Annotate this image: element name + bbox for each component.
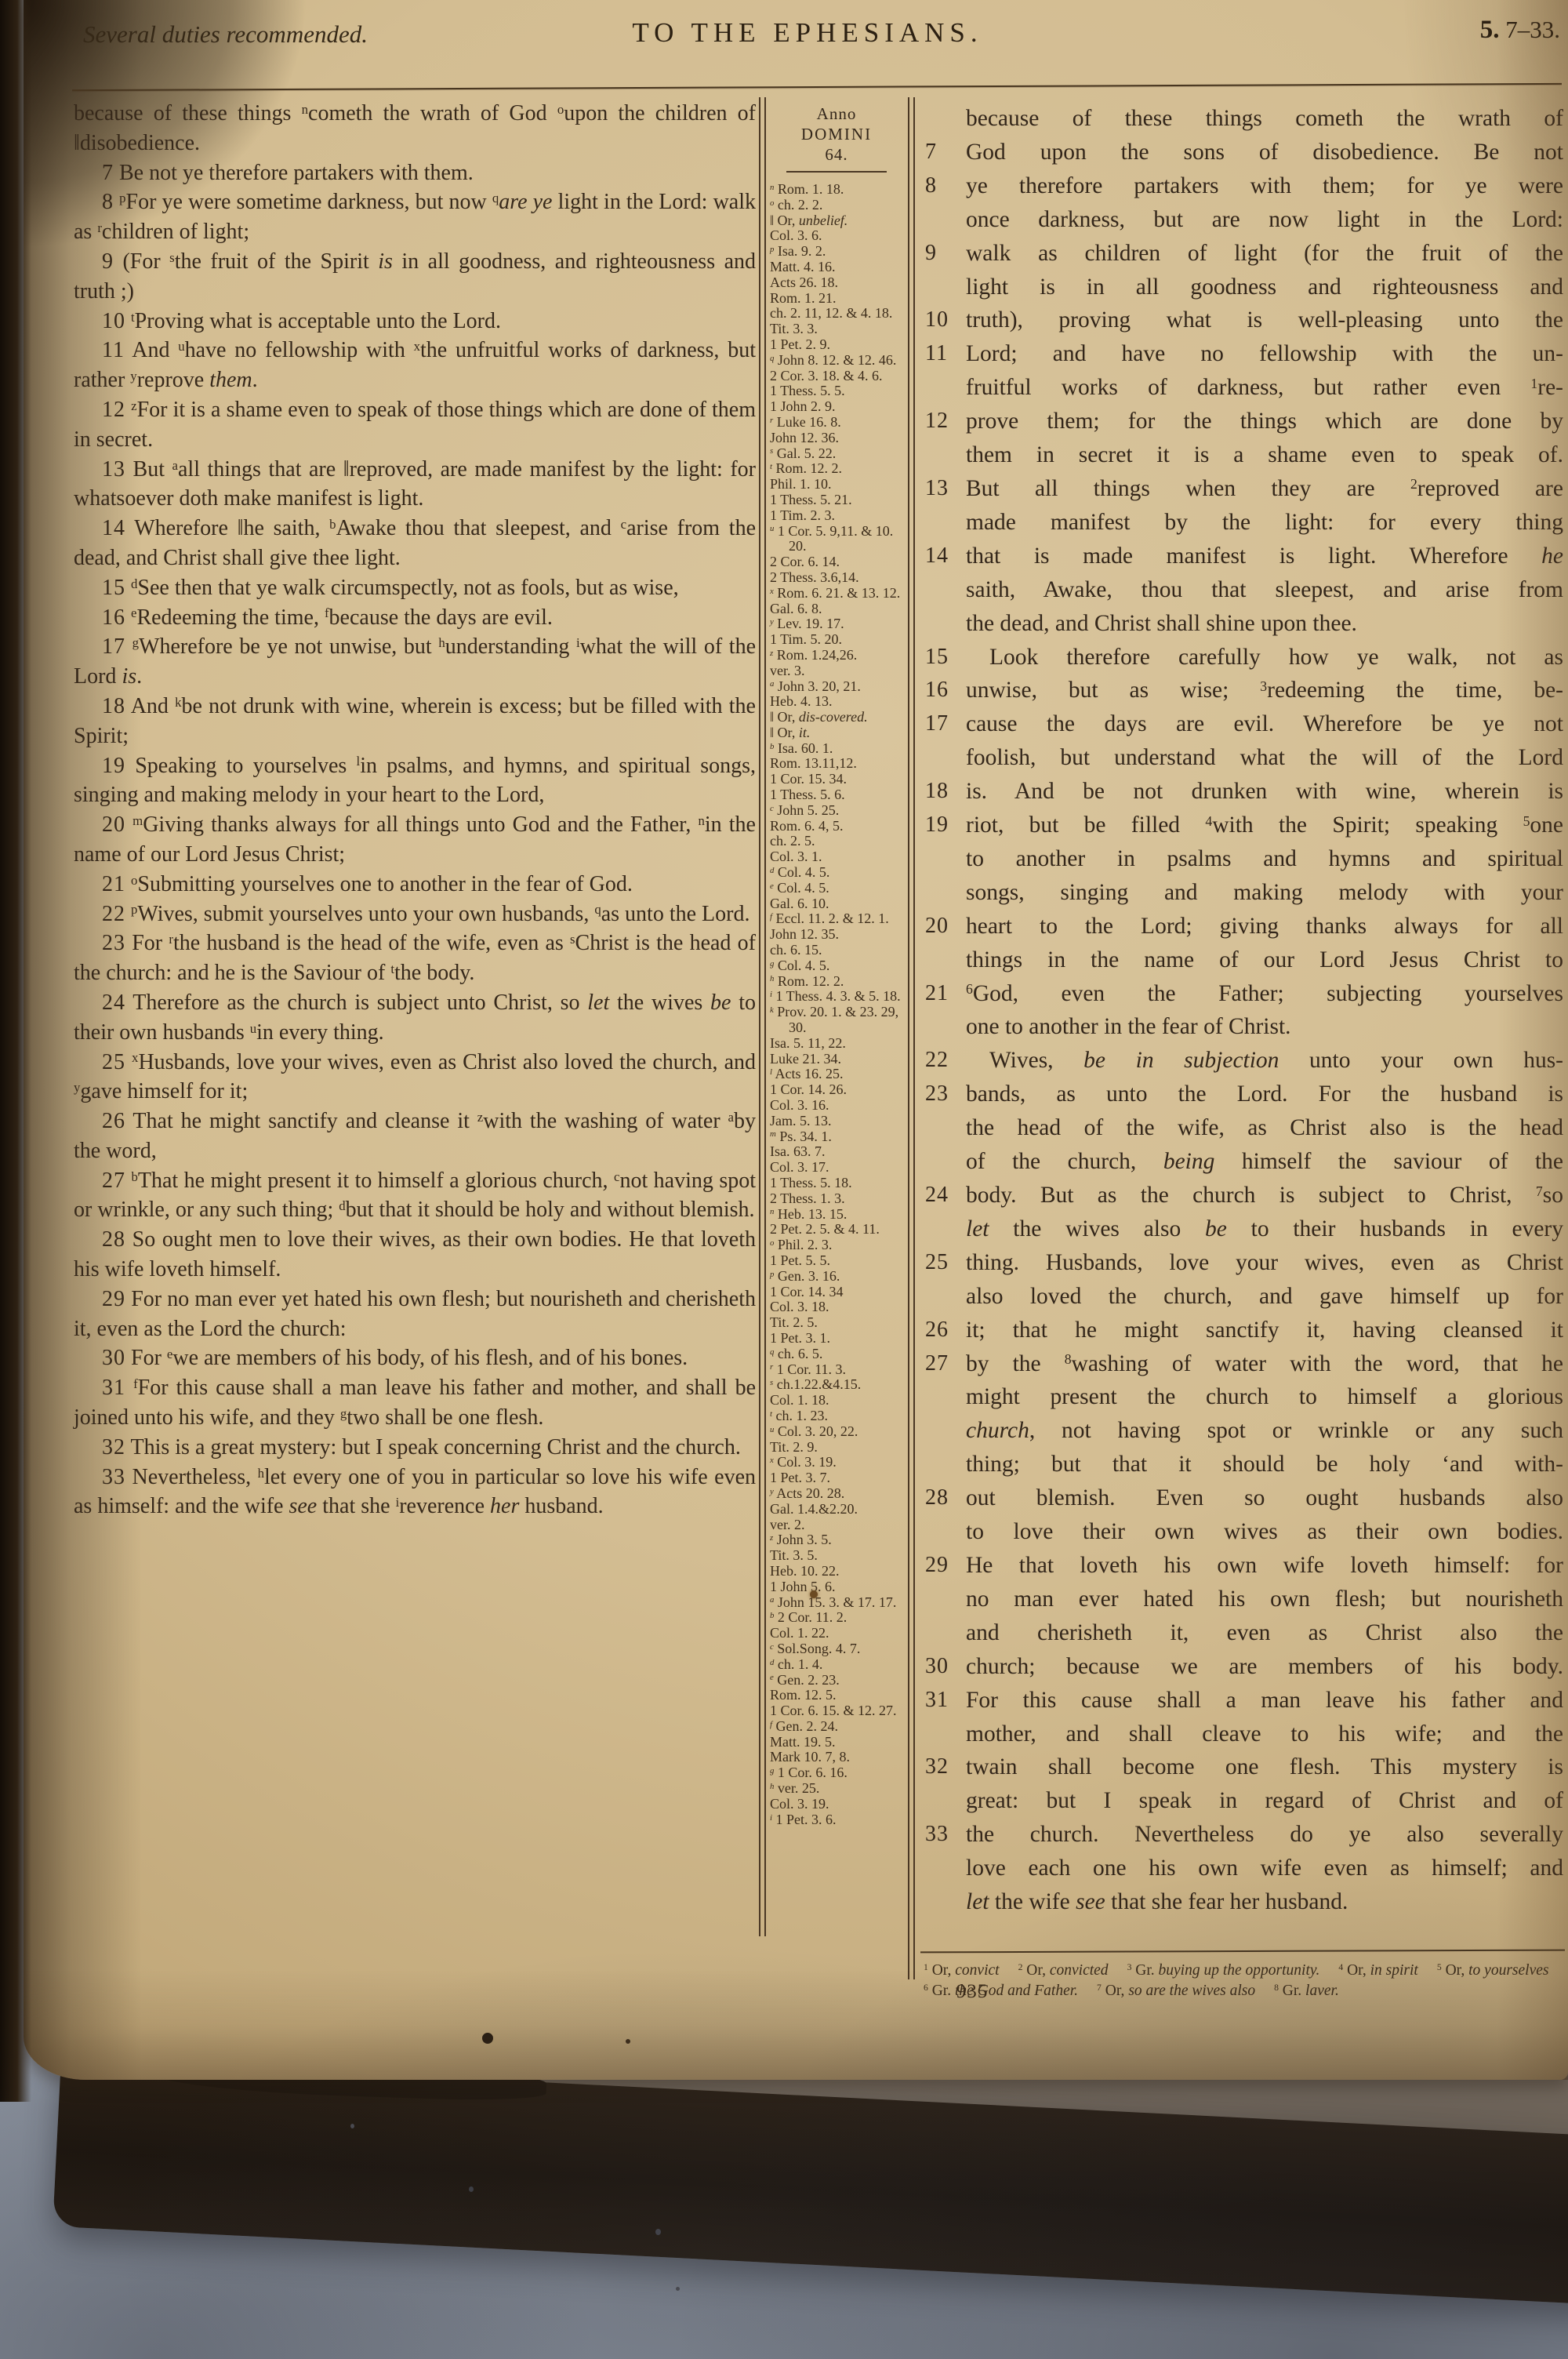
line-text: out blemish. Even so ought husbands also xyxy=(966,1481,1563,1515)
verse-number xyxy=(925,943,966,977)
verse-number xyxy=(925,1414,966,1448)
ink-speck xyxy=(626,2039,630,2044)
photo-of-bible-page: Several duties recommended. TO THE EPHES… xyxy=(0,0,1568,2359)
line-text: and cherisheth it, even as Christ also t… xyxy=(966,1616,1563,1650)
line-text: let the wives also be to their husbands … xyxy=(966,1212,1563,1246)
line-text: to another in psalms and hymns and spiri… xyxy=(966,842,1563,876)
footnotes: 1 Or, convict 2 Or, convicted 3 Gr. buyi… xyxy=(924,1961,1566,2001)
cross-reference: g Col. 4. 5. xyxy=(770,958,903,974)
cross-reference: Heb. 10. 22. xyxy=(770,1564,903,1579)
cross-reference: y Acts 20. 28. xyxy=(770,1486,903,1502)
footnote-rule xyxy=(920,1950,1565,1954)
verse-text: pWives, submit yourselves unto your own … xyxy=(131,902,750,926)
kjv-verse: 15 dSee then that ye walk circumspectly,… xyxy=(74,573,756,603)
verse-number: 17 xyxy=(925,707,966,741)
cross-reference: s Gal. 5. 22. xyxy=(770,446,903,462)
line-text: thing; but that it should be holy ʻand w… xyxy=(966,1448,1563,1481)
cross-reference: Gal. 6. 8. xyxy=(770,602,903,617)
cross-reference: Phil. 1. 10. xyxy=(770,477,903,493)
rv-line: let the wives also be to their husbands … xyxy=(925,1212,1563,1246)
anno-domini-block: Anno DOMINI 64. xyxy=(770,104,903,165)
cross-reference: 1 Thess. 5. 6. xyxy=(770,787,903,803)
rv-line: no man ever hated his own flesh; but nou… xyxy=(925,1583,1563,1616)
cross-reference: Rom. 6. 4, 5. xyxy=(770,819,903,834)
rv-line: of the church, being himself the saviour… xyxy=(925,1145,1563,1179)
verse-number: 30 xyxy=(925,1650,966,1684)
cross-reference: Isa. 63. 7. xyxy=(770,1144,903,1160)
line-text: body. But as the church is subject to Ch… xyxy=(966,1179,1563,1212)
line-text: church, not having spot or wrinkle or an… xyxy=(966,1414,1563,1448)
rv-line: foolish, but understand what the will of… xyxy=(925,741,1563,775)
rv-line: 28out blemish. Even so ought husbands al… xyxy=(925,1481,1563,1515)
verse-text: And uhave no fellowship with xthe unfrui… xyxy=(74,338,756,392)
kjv-column: because of these things ncometh the wrat… xyxy=(74,99,756,1521)
column-rule xyxy=(908,97,909,1979)
cross-reference: 1 Thess. 5. 21. xyxy=(770,493,903,508)
verse-number: 20 xyxy=(102,812,125,837)
book-gutter-shadow xyxy=(0,0,31,2102)
verse-text: So ought men to love their wives, as the… xyxy=(74,1227,756,1281)
verse-number xyxy=(925,842,966,876)
line-text: saith, Awake, thou that sleepest, and ar… xyxy=(966,573,1563,607)
line-text: no man ever hated his own flesh; but nou… xyxy=(966,1583,1563,1616)
verse-text: Wherefore ‖he saith, bAwake thou that sl… xyxy=(74,516,756,570)
verse-number xyxy=(925,102,966,136)
verse-text: And kbe not drunk with wine, wherein is … xyxy=(74,694,756,748)
cross-reference: d ch. 1. 4. xyxy=(770,1657,903,1673)
line-text: once darkness, but are now light in the … xyxy=(966,203,1563,237)
kjv-verse: 7 Be not ye therefore partakers with the… xyxy=(74,158,756,188)
cross-reference: Tit. 3. 3. xyxy=(770,322,903,337)
rv-line: 25thing. Husbands, love your wives, even… xyxy=(925,1246,1563,1280)
cross-reference: e Col. 4. 5. xyxy=(770,881,903,896)
rv-line: 20heart to the Lord; giving thanks alway… xyxy=(925,910,1563,943)
cross-reference: Mark 10. 7, 8. xyxy=(770,1750,903,1765)
rv-line: 15Look therefore carefully how ye walk, … xyxy=(925,641,1563,674)
line-text: by the 8washing of water with the word, … xyxy=(966,1347,1563,1381)
verse-number xyxy=(925,1010,966,1044)
line-text: Wives, be in subjection unto your own hu… xyxy=(966,1044,1563,1078)
anno-rule xyxy=(786,171,887,173)
rv-column: because of these things cometh the wrath… xyxy=(925,102,1563,1919)
line-text: them in secret it is a shame even to spe… xyxy=(966,438,1563,472)
verse-number xyxy=(925,1717,966,1751)
verse-text: Nevertheless, hlet every one of you in p… xyxy=(74,1465,756,1519)
cross-reference: Col. 3. 19. xyxy=(770,1797,903,1812)
verse-number: 22 xyxy=(102,902,125,926)
verse-number: 8 xyxy=(102,190,114,214)
background-speck xyxy=(676,2287,680,2291)
cross-reference: g 1 Cor. 6. 16. xyxy=(770,1765,903,1781)
kjv-verse: 21 oSubmitting yourselves one to another… xyxy=(74,870,756,900)
cross-reference: u Col. 3. 20, 22. xyxy=(770,1424,903,1440)
verse-text: tProving what is acceptable unto the Lor… xyxy=(131,309,501,333)
rv-line: 9walk as children of light (for the frui… xyxy=(925,237,1563,271)
line-text: that is made manifest is light. Wherefor… xyxy=(966,540,1563,573)
running-head-title: TO THE EPHESIANS. xyxy=(510,17,1105,49)
rv-line: things in the name of our Lord Jesus Chr… xyxy=(925,943,1563,977)
rv-line: the dead, and Christ shall shine upon th… xyxy=(925,607,1563,641)
verse-number xyxy=(925,1515,966,1549)
kjv-verse: 24 Therefore as the church is subject un… xyxy=(74,988,756,1048)
cross-reference: Rom. 13.11,12. xyxy=(770,756,903,772)
rv-line: 12prove them; for the things which are d… xyxy=(925,405,1563,438)
kjv-verse: 22 pWives, submit yourselves unto your o… xyxy=(74,900,756,929)
kjv-verse: 17 gWherefore be ye not unwise, but hund… xyxy=(74,632,756,692)
cross-reference: b Isa. 60. 1. xyxy=(770,741,903,757)
verse-text: fFor this cause shall a man leave his fa… xyxy=(74,1376,756,1430)
line-text: also loved the church, and gave himself … xyxy=(966,1280,1563,1314)
running-head-left: Several duties recommended. xyxy=(83,20,368,49)
rv-line: to love their own wives as their own bod… xyxy=(925,1515,1563,1549)
verse-number xyxy=(925,1280,966,1314)
cross-reference: m Ps. 34. 1. xyxy=(770,1129,903,1145)
rv-line: 18is. And be not drunken with wine, wher… xyxy=(925,775,1563,809)
verse-number: 25 xyxy=(925,1246,966,1280)
cross-reference: c Sol.Song. 4. 7. xyxy=(770,1641,903,1657)
rv-line: 26it; that he might sanctify it, having … xyxy=(925,1314,1563,1347)
line-text: riot, but be filled 4with the Spirit; sp… xyxy=(966,809,1563,842)
line-text: fruitful works of darkness, but rather e… xyxy=(966,371,1563,405)
cross-reference: 1 Tim. 2. 3. xyxy=(770,508,903,524)
cross-reference: l Acts 16. 25. xyxy=(770,1067,903,1082)
verse-number: 15 xyxy=(102,576,125,600)
line-text: God upon the sons of disobedience. Be no… xyxy=(966,136,1563,169)
line-text: Lord; and have no fellowship with the un… xyxy=(966,337,1563,371)
verse-number: 24 xyxy=(102,990,125,1015)
verse-number: 13 xyxy=(102,457,125,482)
verse-number xyxy=(925,438,966,472)
line-text: Look therefore carefully how ye walk, no… xyxy=(966,641,1563,674)
anno-line: 64. xyxy=(770,144,903,165)
verse-number: 18 xyxy=(102,694,125,718)
cross-reference: b 2 Cor. 11. 2. xyxy=(770,1610,903,1626)
cross-reference: Acts 26. 18. xyxy=(770,275,903,291)
footnote: 8 Gr. laver. xyxy=(1274,1981,1339,2001)
line-text: of the church, being himself the saviour… xyxy=(966,1145,1563,1179)
cross-reference: x Rom. 6. 21. & 13. 12. xyxy=(770,586,903,602)
rv-line: 27by the 8washing of water with the word… xyxy=(925,1347,1563,1381)
verse-text: This is a great mystery: but I speak con… xyxy=(131,1435,741,1459)
line-text: the dead, and Christ shall shine upon th… xyxy=(966,607,1563,641)
line-text: twain shall become one flesh. This myste… xyxy=(966,1750,1563,1784)
cross-reference: Col. 3. 1. xyxy=(770,849,903,865)
kjv-verse: 31 fFor this cause shall a man leave his… xyxy=(74,1373,756,1433)
cross-reference: p Isa. 9. 2. xyxy=(770,244,903,260)
rv-line: 11Lord; and have no fellowship with the … xyxy=(925,337,1563,371)
cross-reference: h ver. 25. xyxy=(770,1781,903,1797)
cross-reference: 2 Cor. 6. 14. xyxy=(770,554,903,570)
column-rule xyxy=(764,97,766,1936)
cross-reference: y Lev. 19. 17. xyxy=(770,616,903,632)
verse-number xyxy=(925,203,966,237)
rv-line: saith, Awake, thou that sleepest, and ar… xyxy=(925,573,1563,607)
verse-number: 14 xyxy=(102,516,125,540)
verse-number: 32 xyxy=(102,1435,125,1459)
kjv-verse: 28 So ought men to love their wives, as … xyxy=(74,1225,756,1285)
verse-number: 21 xyxy=(102,872,125,896)
line-text: church; because we are members of his bo… xyxy=(966,1650,1563,1684)
kjv-verse: 19 Speaking to yourselves lin psalms, an… xyxy=(74,751,756,811)
cross-reference: q ch. 6. 5. xyxy=(770,1347,903,1362)
cross-reference: 1 John 2. 9. xyxy=(770,399,903,415)
cross-reference: k Prov. 20. 1. & 23. 29, 30. xyxy=(770,1005,903,1036)
verse-number xyxy=(925,1616,966,1650)
verse-text: pFor ye were sometime darkness, but now … xyxy=(74,190,756,244)
verse-number: 19 xyxy=(102,754,125,778)
verse-number xyxy=(925,607,966,641)
verse-number: 23 xyxy=(102,931,125,955)
rv-line: church, not having spot or wrinkle or an… xyxy=(925,1414,1563,1448)
verse-number xyxy=(925,1885,966,1919)
cross-reference: Col. 3. 17. xyxy=(770,1160,903,1176)
rv-line: great: but I speak in regard of Christ a… xyxy=(925,1784,1563,1818)
cross-reference: 2 Pet. 2. 5. & 4. 11. xyxy=(770,1222,903,1238)
footnote: 5 Or, to yourselves xyxy=(1437,1961,1549,1981)
verse-text: mGiving thanks always for all things unt… xyxy=(74,812,756,867)
verse-number: 33 xyxy=(102,1465,125,1489)
cross-reference: 1 Thess. 5. 18. xyxy=(770,1176,903,1191)
rv-line: mother, and shall cleave to his wife; an… xyxy=(925,1717,1563,1751)
kjv-verse: 26 That he might sanctify and cleanse it… xyxy=(74,1107,756,1166)
cross-reference: ch. 2. 5. xyxy=(770,834,903,849)
kjv-verse: 12 zFor it is a shame even to speak of t… xyxy=(74,395,756,455)
cross-reference: Col. 1. 22. xyxy=(770,1626,903,1641)
column-rule xyxy=(759,97,760,1936)
rv-line: fruitful works of darkness, but rather e… xyxy=(925,371,1563,405)
verse-text: zFor it is a shame even to speak of thos… xyxy=(74,398,756,452)
verse-number xyxy=(925,573,966,607)
cross-reference: r 1 Cor. 11. 3. xyxy=(770,1362,903,1378)
verse-number: 33 xyxy=(925,1818,966,1852)
cross-reference: 1 Pet. 3. 1. xyxy=(770,1331,903,1347)
verse-number: 22 xyxy=(925,1044,966,1078)
ink-speck xyxy=(482,2033,493,2044)
cross-reference: t Rom. 12. 2. xyxy=(770,461,903,477)
chapter-number: 5. xyxy=(1480,16,1500,44)
footnote: 4 Or, in spirit xyxy=(1338,1961,1418,1981)
verse-text: That he might sanctify and cleanse it zw… xyxy=(74,1109,756,1163)
rv-line: also loved the church, and gave himself … xyxy=(925,1280,1563,1314)
footnote: 3 Gr. buying up the opportunity. xyxy=(1127,1961,1320,1981)
rv-line: 13But all things when they are 2reproved… xyxy=(925,472,1563,506)
rv-line: 24body. But as the church is subject to … xyxy=(925,1179,1563,1212)
cross-reference: 2 Thess. 1. 3. xyxy=(770,1191,903,1207)
rv-line: might present the church to himself a gl… xyxy=(925,1380,1563,1414)
kjv-verse: 11 And uhave no fellowship with xthe unf… xyxy=(74,336,756,395)
verse-text: dSee then that ye walk circumspectly, no… xyxy=(131,576,679,600)
rv-line: 30church; because we are members of his … xyxy=(925,1650,1563,1684)
verse-number: 12 xyxy=(925,405,966,438)
reference-column: Anno DOMINI 64. n Rom. 1. 18. o ch. 2. 2… xyxy=(770,104,903,1827)
cross-reference: u 1 Cor. 5. 9,11. & 10. 20. xyxy=(770,524,903,555)
footnote: 2 Or, convicted xyxy=(1018,1961,1109,1981)
verse-text: oSubmitting yourselves one to another in… xyxy=(131,872,633,896)
verse-number: 17 xyxy=(102,634,125,659)
cross-reference: 1 Pet. 3. 7. xyxy=(770,1470,903,1486)
cross-reference: 1 Tim. 5. 20. xyxy=(770,632,903,648)
verse-text: Be not ye therefore partakers with them. xyxy=(119,161,474,185)
cross-reference: Col. 3. 18. xyxy=(770,1299,903,1315)
verse-number: 12 xyxy=(102,398,125,422)
cross-reference: 1 Cor. 6. 15. & 12. 27. xyxy=(770,1703,903,1719)
line-text: great: but I speak in regard of Christ a… xyxy=(966,1784,1563,1818)
line-text: because of these things cometh the wrath… xyxy=(966,102,1563,136)
verse-number: 31 xyxy=(925,1684,966,1717)
cross-reference: 1 Cor. 14. 26. xyxy=(770,1082,903,1098)
verse-text: eRedeeming the time, fbecause the days a… xyxy=(131,605,553,630)
verse-number: 13 xyxy=(925,472,966,506)
line-text: cause the days are evil. Wherefore be ye… xyxy=(966,707,1563,741)
verse-number: 9 xyxy=(925,237,966,271)
verse-text: For ewe are members of his body, of his … xyxy=(131,1346,688,1370)
cross-reference: Col. 3. 6. xyxy=(770,228,903,244)
verse-number xyxy=(925,1852,966,1885)
kjv-verse: 14 Wherefore ‖he saith, bAwake thou that… xyxy=(74,514,756,573)
cross-reference: ‖ Or, dis-covered. xyxy=(770,710,903,725)
rv-line: thing; but that it should be holy ʻand w… xyxy=(925,1448,1563,1481)
cross-reference: h Rom. 12. 2. xyxy=(770,974,903,990)
rv-line: 33the church. Nevertheless do ye also se… xyxy=(925,1818,1563,1852)
kjv-verse: 32 This is a great mystery: but I speak … xyxy=(74,1433,756,1463)
verse-number: 28 xyxy=(925,1481,966,1515)
cross-reference: Matt. 4. 16. xyxy=(770,260,903,275)
cross-reference: Tit. 2. 9. xyxy=(770,1440,903,1456)
rv-line: 17cause the days are evil. Wherefore be … xyxy=(925,707,1563,741)
cross-reference: ch. 6. 15. xyxy=(770,943,903,958)
verse-number: 26 xyxy=(925,1314,966,1347)
background-speck xyxy=(469,2186,474,2192)
verse-text: gWherefore be ye not unwise, but hunders… xyxy=(74,634,756,689)
cross-reference: Gal. 1.4.&2.20. xyxy=(770,1502,903,1518)
line-text: mother, and shall cleave to his wife; an… xyxy=(966,1717,1563,1751)
rv-line: let the wife see that she fear her husba… xyxy=(925,1885,1563,1919)
cross-reference: Rom. 12. 5. xyxy=(770,1688,903,1703)
verse-number: 8 xyxy=(925,169,966,203)
verse-number xyxy=(925,1448,966,1481)
cross-reference: q John 8. 12. & 12. 46. xyxy=(770,353,903,369)
footnote: 7 Or, so are the wives also xyxy=(1097,1981,1255,2001)
verse-number: 11 xyxy=(925,337,966,371)
verse-number: 10 xyxy=(102,309,125,333)
kjv-verse: 30 For ewe are members of his body, of h… xyxy=(74,1343,756,1373)
line-text: the church. Nevertheless do ye also seve… xyxy=(966,1818,1563,1852)
line-text: to love their own wives as their own bod… xyxy=(966,1515,1563,1549)
rv-line: 19riot, but be filled 4with the Spirit; … xyxy=(925,809,1563,842)
cross-reference: Luke 21. 34. xyxy=(770,1052,903,1067)
cross-reference: z John 3. 5. xyxy=(770,1532,903,1548)
cross-reference: c John 5. 25. xyxy=(770,803,903,819)
cross-reference: ver. 3. xyxy=(770,663,903,679)
cross-reference: s ch.1.22.&4.15. xyxy=(770,1377,903,1393)
verse-number: 7 xyxy=(102,161,114,185)
anno-line: Anno xyxy=(770,104,903,124)
verse-number xyxy=(925,1380,966,1414)
verse-number: 30 xyxy=(102,1346,125,1370)
rv-line: 7God upon the sons of disobedience. Be n… xyxy=(925,136,1563,169)
rv-line: 16unwise, but as wise; 3redeeming the ti… xyxy=(925,674,1563,707)
cross-reference: t ch. 1. 23. xyxy=(770,1408,903,1424)
verse-number xyxy=(925,741,966,775)
kjv-verse: 29 For no man ever yet hated his own fle… xyxy=(74,1285,756,1344)
kjv-verse: 23 For rthe husband is the head of the w… xyxy=(74,929,756,988)
cross-reference: o Phil. 2. 3. xyxy=(770,1238,903,1253)
verse-number xyxy=(925,506,966,540)
cross-reference: ‖ Or, unbelief. xyxy=(770,213,903,229)
line-text: heart to the Lord; giving thanks always … xyxy=(966,910,1563,943)
cross-reference: Gal. 6. 10. xyxy=(770,896,903,912)
paper-stain xyxy=(810,1590,818,1598)
cross-reference: f Gen. 2. 24. xyxy=(770,1719,903,1735)
rv-line: 216God, even the Father; subjecting your… xyxy=(925,977,1563,1011)
line-text: 6God, even the Father; subjecting yourse… xyxy=(966,977,1563,1011)
cross-reference: Col. 1. 18. xyxy=(770,1393,903,1408)
verse-number xyxy=(925,876,966,910)
cross-reference: 2 Cor. 3. 18. & 4. 6. xyxy=(770,369,903,384)
book-page: Several duties recommended. TO THE EPHES… xyxy=(24,0,1568,2080)
verse-number xyxy=(925,371,966,405)
cross-reference: Isa. 5. 11, 22. xyxy=(770,1036,903,1052)
cross-reference: Jam. 5. 13. xyxy=(770,1114,903,1129)
line-text: truth), proving what is well-pleasing un… xyxy=(966,304,1563,337)
verse-number: 23 xyxy=(925,1078,966,1111)
cross-reference: n Heb. 13. 15. xyxy=(770,1207,903,1223)
kjv-verse: 13 But aall things that are ‖reproved, a… xyxy=(74,455,756,514)
verse-number: 26 xyxy=(102,1109,125,1133)
line-text: might present the church to himself a gl… xyxy=(966,1380,1563,1414)
background-speck xyxy=(350,2124,354,2128)
verse-number: 24 xyxy=(925,1179,966,1212)
cross-reference: o ch. 2. 2. xyxy=(770,198,903,213)
cross-reference: John 12. 36. xyxy=(770,431,903,446)
verse-number: 27 xyxy=(102,1169,125,1193)
verse-text: Therefore as the church is subject unto … xyxy=(74,990,756,1045)
line-text: songs, singing and making melody with yo… xyxy=(966,876,1563,910)
verse-range: 7–33. xyxy=(1505,16,1560,43)
verse-number xyxy=(925,1145,966,1179)
verse-number: 9 xyxy=(102,249,114,274)
line-text: He that loveth his own wife loveth himse… xyxy=(966,1549,1563,1583)
verse-text: For rthe husband is the head of the wife… xyxy=(74,931,756,985)
page-number: 935 xyxy=(925,1981,1019,2003)
verse-text: xHusbands, love your wives, even as Chri… xyxy=(74,1050,756,1104)
rv-line: the head of the wife, as Christ also is … xyxy=(925,1111,1563,1145)
cross-reference: d Col. 4. 5. xyxy=(770,865,903,881)
cross-reference: Rom. 1. 21. xyxy=(770,291,903,307)
kjv-verse: 8 pFor ye were sometime darkness, but no… xyxy=(74,187,756,247)
verse-number: 29 xyxy=(102,1287,125,1311)
cross-reference: Heb. 4. 13. xyxy=(770,694,903,710)
line-text: unwise, but as wise; 3redeeming the time… xyxy=(966,674,1563,707)
kjv-verse: 18 And kbe not drunk with wine, wherein … xyxy=(74,692,756,751)
cross-reference: ver. 2. xyxy=(770,1518,903,1533)
footnote: 1 Or, convict xyxy=(924,1961,1000,1981)
line-text: walk as children of light (for the fruit… xyxy=(966,237,1563,271)
rv-line: one to another in the fear of Christ. xyxy=(925,1010,1563,1044)
kjv-verse: 25 xHusbands, love your wives, even as C… xyxy=(74,1048,756,1107)
rv-line: 22Wives, be in subjection unto your own … xyxy=(925,1044,1563,1078)
line-text: thing. Husbands, love your wives, even a… xyxy=(966,1246,1563,1280)
verse-number: 21 xyxy=(925,977,966,1011)
line-text: the head of the wife, as Christ also is … xyxy=(966,1111,1563,1145)
line-text: one to another in the fear of Christ. xyxy=(966,1010,1563,1044)
verse-number: 27 xyxy=(925,1347,966,1381)
cross-reference: a John 15. 3. & 17. 17. xyxy=(770,1595,903,1611)
rv-line: made manifest by the light: for every th… xyxy=(925,506,1563,540)
line-text: But all things when they are 2reproved a… xyxy=(966,472,1563,506)
verse-number: 14 xyxy=(925,540,966,573)
cross-reference: 1 Pet. 5. 5. xyxy=(770,1253,903,1269)
